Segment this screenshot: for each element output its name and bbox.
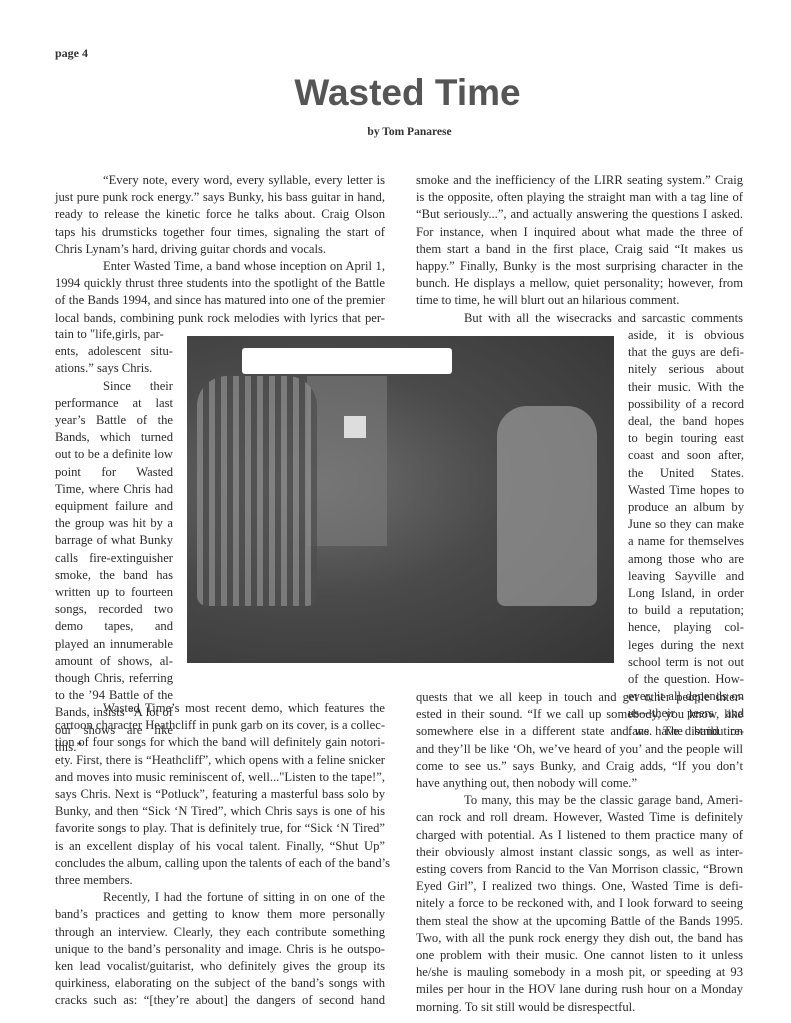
text-line: morning. To sit still would be disrespec… <box>416 999 743 1016</box>
text-line: Long Island, in order <box>628 585 744 602</box>
text-line: favorite songs to play. That is definite… <box>55 820 385 837</box>
text-line: that the guys are defi- <box>628 344 744 361</box>
text-line: ready to release the kinetic force he ta… <box>55 206 385 223</box>
text-line: produce an album by <box>628 499 744 516</box>
text-line: of the question. How- <box>628 671 744 688</box>
text-line: one problem with their music. One cannot… <box>416 947 743 964</box>
text-line: taps his drumsticks together four times,… <box>55 224 385 241</box>
text-line: come to see us.” says Bunky, and Craig a… <box>416 758 743 775</box>
text-line: amount of shows, al- <box>55 653 173 670</box>
text-line: bunch. He displays a mellow, quiet perso… <box>416 275 743 292</box>
text-line: deal, the band hopes <box>628 413 744 430</box>
text-line: coast and soon after, <box>628 447 744 464</box>
text-line: local bands, combining punk rock melodie… <box>55 310 385 327</box>
page-number: page 4 <box>55 46 88 61</box>
text-line: and moves into music reminiscent of, wel… <box>55 769 385 786</box>
text-line: “But seriously...”, and actually answeri… <box>416 206 743 223</box>
text-line: performance at last <box>55 395 173 412</box>
text-line: June so they can make <box>628 516 744 533</box>
text-line: have anything out, then nobody will come… <box>416 775 743 792</box>
text-line: through an interview. Clearly, they each… <box>55 924 385 941</box>
text-line: nitely a force to be reckoned with, and … <box>416 895 743 912</box>
text-line: them start a band in the first place, Cr… <box>416 241 743 258</box>
text-line: leges during the next <box>628 637 744 654</box>
text-line: their obviously almost instant classic s… <box>416 844 743 861</box>
text-line: somewhere else in a different state and … <box>416 723 743 740</box>
text-line: ken lead vocalist/guitarist, who definit… <box>55 958 385 975</box>
text-line: says Chris. Next is “Potluck”, featuring… <box>55 786 385 803</box>
text-line: three members. <box>55 872 385 889</box>
text-line: among those who are <box>628 551 744 568</box>
text-line: ested in their sound. “If we call up som… <box>416 706 743 723</box>
text-line: to build a reputation; <box>628 602 744 619</box>
text-line: quirkiness, elaborating on the subject o… <box>55 975 385 992</box>
text-line: out to be a definite low <box>55 446 173 463</box>
text-line: leaving Sayville and <box>628 568 744 585</box>
photo-wall <box>307 376 387 546</box>
text-line: the group was hit by a <box>55 515 173 532</box>
text-line: unique to the band’s personality and ima… <box>55 941 385 958</box>
text-line: But with all the wisecracks and sarcasti… <box>416 310 743 327</box>
text-line: tion of four songs for which the band wi… <box>55 734 385 751</box>
text-line: cartoon character Heathcliff in punk gar… <box>55 717 385 734</box>
text-line: possibility of a record <box>628 396 744 413</box>
text-line: barrage of what Bunky <box>55 532 173 549</box>
text-line: time to time, he will blurt out an hilar… <box>416 292 743 309</box>
photo-guitarist-left <box>197 376 317 606</box>
text-line: quests that we all keep in touch and get… <box>416 689 743 706</box>
text-line: charged with potential. As I listened to… <box>416 827 743 844</box>
text-line: Eyed Girl”, I realized two things. One, … <box>416 878 743 895</box>
right-column-bottom: quests that we all keep in touch and get… <box>416 689 743 1016</box>
text-line: nitely serious about <box>628 361 744 378</box>
text-line: For instance, when I inquired about what… <box>416 224 743 241</box>
article-title: Wasted Time <box>12 72 791 114</box>
text-line: ents, adolescent situ- <box>55 343 173 360</box>
article-byline: by Tom Panarese <box>14 126 791 138</box>
text-line: Chris Lynam’s hard, driving guitar chord… <box>55 241 385 258</box>
text-line: is an excellent display of his vocal tal… <box>55 838 385 855</box>
text-line: happy.” Finally, Bunky is the most surpr… <box>416 258 743 275</box>
text-line: ety. First, there is “Heathcliff”, which… <box>55 752 385 769</box>
text-line: of the Bands 1994, and since has matured… <box>55 292 385 309</box>
text-line: miles per hour in the HOV lane during ru… <box>416 981 743 998</box>
text-line: Recently, I had the fortune of sitting i… <box>55 889 385 906</box>
text-line: smoke and the inefficiency of the LIRR s… <box>416 172 743 189</box>
text-line: “Every note, every word, every syllable,… <box>55 172 385 189</box>
text-line: the United States. <box>628 465 744 482</box>
text-line: equipment failure and <box>55 498 173 515</box>
text-line: them steal the show at the upcoming Batt… <box>416 913 743 930</box>
text-line: point for Wasted <box>55 464 173 481</box>
left-column-top: “Every note, every word, every syllable,… <box>55 172 385 327</box>
text-line: Wasted Time hopes to <box>628 482 744 499</box>
left-column-narrow: tain to "life,girls, par-ents, adolescen… <box>55 326 173 756</box>
text-line: band’s practices and getting to know the… <box>55 906 385 923</box>
text-line: aside, it is obvious <box>628 327 744 344</box>
text-line: hence, playing col- <box>628 619 744 636</box>
text-line: esting covers from Rancid to the Van Mor… <box>416 861 743 878</box>
text-line: and they’ll be like ‘Oh, we’ve heard of … <box>416 741 743 758</box>
text-line: to begin touring east <box>628 430 744 447</box>
text-line: calls fire-extinguisher <box>55 550 173 567</box>
text-line: tain to "life,girls, par- <box>55 326 173 343</box>
text-line: played an innumerable <box>55 636 173 653</box>
text-line: just pure punk rock energy.” says Bunky,… <box>55 189 385 206</box>
text-line: their music. With the <box>628 379 744 396</box>
text-line: cracks such as: “[they’re about] the dan… <box>55 992 385 1009</box>
text-line: Enter Wasted Time, a band whose inceptio… <box>55 258 385 275</box>
photo-guitarist-right <box>497 406 597 606</box>
text-line: written up to fourteen <box>55 584 173 601</box>
text-line: can rock and roll dream. However, Wasted… <box>416 809 743 826</box>
text-line: songs, recorded two <box>55 601 173 618</box>
text-line: Bunky, and then “Sick ‘N Tired”, which C… <box>55 803 385 820</box>
text-line: is the opposite, often playing the strai… <box>416 189 743 206</box>
text-line: Bands, which turned <box>55 429 173 446</box>
text-line: school term is not out <box>628 654 744 671</box>
text-line: concludes the album, calling upon the ta… <box>55 855 385 872</box>
text-line: Since their <box>55 378 173 395</box>
text-line: ations.” says Chris. <box>55 360 173 377</box>
left-column-bottom: Wasted Time’s most recent demo, which fe… <box>55 700 385 1010</box>
photo-redaction <box>242 348 452 374</box>
text-line: smoke, the band has <box>55 567 173 584</box>
text-line: though Chris, referring <box>55 670 173 687</box>
text-line: year’s Battle of the <box>55 412 173 429</box>
text-line: demo tapes, and <box>55 618 173 635</box>
text-line: he/she is mauling somebody in a mosh pit… <box>416 964 743 981</box>
right-column-top: smoke and the inefficiency of the LIRR s… <box>416 172 743 327</box>
text-line: Wasted Time’s most recent demo, which fe… <box>55 700 385 717</box>
text-line: 1994 quickly thrust three students into … <box>55 275 385 292</box>
photo-sign <box>344 416 366 438</box>
text-line: Two, with all the punk rock energy they … <box>416 930 743 947</box>
band-photo <box>187 336 614 663</box>
text-line: a name for themselves <box>628 533 744 550</box>
right-column-narrow: aside, it is obviousthat the guys are de… <box>628 327 744 740</box>
text-line: Time, where Chris had <box>55 481 173 498</box>
text-line: To many, this may be the classic garage … <box>416 792 743 809</box>
